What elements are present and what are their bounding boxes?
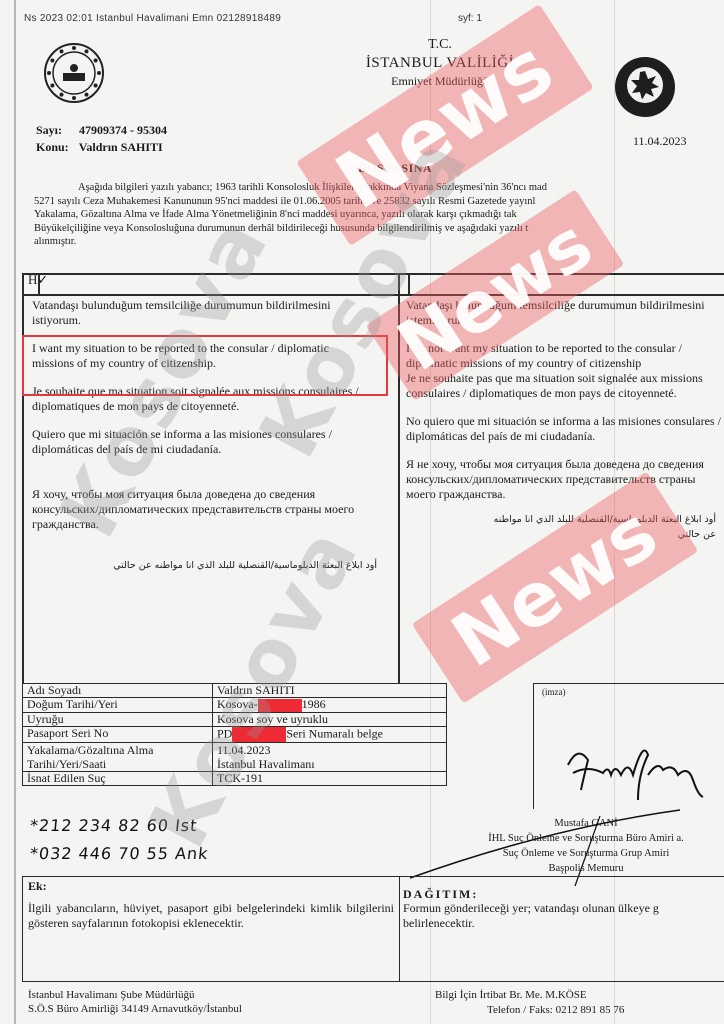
row-value: PDSeri Numaralı belge (213, 726, 447, 742)
letterhead: T.C. İSTANBUL VALİLİĞİ Emniyet Müdürlüğü (300, 36, 580, 90)
option-not-want-fr: Je ne souhaite pas que ma situation soit… (406, 371, 724, 401)
table-row: Adı Soyadı Valdrın SAHITI (23, 684, 447, 698)
arrest-place: İstanbul Havalimanı (217, 757, 442, 771)
redaction-bar (232, 727, 286, 742)
signature-label: (imza) (542, 687, 565, 697)
table-row: İsnat Edilen Suç TCK-191 (23, 771, 447, 785)
table-rule (22, 294, 724, 296)
option-not-want-ru: Я не хочу, чтобы моя ситуация была довед… (406, 457, 724, 502)
reference-block: Sayı: 47909374 - 95304 Konu: Valdrın SAH… (36, 122, 167, 156)
attachment-text: İlgili yabancıların, hüviyet, pasaport g… (28, 901, 394, 931)
row-label: Adı Soyadı (23, 684, 213, 698)
attachment-title: Ek: (28, 879, 47, 894)
sayi-label: Sayı: (36, 122, 76, 139)
handwritten-phone-ank: *032 446 70 55 Ank (29, 844, 209, 863)
document-page: Ns 2023 02:01 Istanbul Havalimani Emn 02… (0, 0, 724, 1024)
distribution-line: Formun gönderileceği yer; vatandaşı olun… (403, 901, 724, 916)
highlight-box (22, 335, 388, 396)
footer-line: S.Ö.S Büro Amirliği 34149 Arnavutköy/İst… (28, 1002, 242, 1016)
distribution-box: DAĞITIM: Formun gönderileceği yer; vatan… (398, 876, 724, 982)
table-rule (408, 273, 410, 294)
intro-line: Yakalama, Gözaltına Alma ve İfade Alma Y… (34, 208, 724, 222)
option-want-ru: Я хочу, чтобы моя ситуация была доведена… (32, 487, 377, 532)
row-label: Doğum Tarihi/Yeri (23, 698, 213, 713)
person-info-table: Adı Soyadı Valdrın SAHITI Doğum Tarihi/Y… (22, 683, 447, 786)
intro-line: alınmıştır. (34, 235, 724, 249)
row-value: 11.04.2023İstanbul Havalimanı (213, 742, 447, 771)
row-label: İsnat Edilen Suç (23, 771, 213, 785)
birth-year: 1986 (302, 697, 326, 711)
table-rule (22, 273, 724, 275)
row-value: TCK-191 (213, 771, 447, 785)
birthplace: Kosova- (217, 697, 258, 711)
arrest-date: 11.04.2023 (217, 743, 442, 757)
intro-line: 5271 sayılı Ceza Muhakemesi Kanununun 95… (34, 195, 724, 209)
document-title: DOSYASINA (358, 161, 432, 176)
handwritten-phone-ist: *212 234 82 60 Ist (29, 816, 198, 835)
intro-line: Aşağıda bilgileri yazılı yabancı; 1963 t… (34, 181, 724, 195)
attachment-box: Ek: İlgili yabancıların, hüviyet, pasapo… (22, 876, 400, 982)
konu-label: Konu: (36, 139, 76, 156)
table-row: Uyruğu Kosova soy ve uyruklu (23, 712, 447, 726)
footer-line: İstanbul Havalimanı Şube Müdürlüğü (28, 988, 242, 1002)
option-want-tr: Vatandaşı bulunduğum temsilciliğe durumu… (32, 298, 382, 328)
table-row: Pasaport Seri No PDSeri Numaralı belge (23, 726, 447, 742)
row-value: Kosova-1986 (213, 698, 447, 713)
distribution-text: Formun gönderileceği yer; vatandaşı olun… (403, 901, 724, 931)
scan-edge (14, 0, 16, 1024)
option-not-want-ar: أود ابلاغ البعثة الدبلوماسية/القنصلية لل… (486, 512, 716, 542)
fax-header: Ns 2023 02:01 Istanbul Havalimani Emn 02… (24, 13, 281, 24)
option-not-want-en: I do not want my situation to be reporte… (406, 341, 724, 371)
police-academy-seal-icon (43, 42, 105, 104)
document-date: 11.04.2023 (633, 134, 687, 149)
letterhead-tc: T.C. (300, 36, 580, 54)
option-want-es: Quiero que mi situación se informa a las… (32, 427, 362, 457)
intro-paragraph: Aşağıda bilgileri yazılı yabancı; 1963 t… (34, 181, 724, 249)
intro-line: Büyükelçiliğine veya Konsolosluğuna duru… (34, 222, 724, 236)
redaction-bar (258, 699, 302, 712)
distribution-line: belirlenecektir. (403, 916, 724, 931)
footer-phone: Telefon / Faks: 0212 891 85 76 (435, 1003, 624, 1018)
table-row: Doğum Tarihi/Yeri Kosova-1986 (23, 698, 447, 713)
passport-suffix: Seri Numaralı belge (286, 726, 383, 740)
table-rule (398, 273, 400, 683)
checkmark: H✓ (28, 272, 48, 288)
handwritten-signature (563, 735, 713, 810)
option-want-ar: أود ابلاغ البعثة الدبلوماسية/القنصلية لل… (32, 558, 377, 573)
letterhead-governorate: İSTANBUL VALİLİĞİ (300, 54, 580, 72)
footer-contact: Bilgi İçin İrtibat Br. Me. M.KÖSE Telefo… (435, 988, 624, 1018)
konu-value: Valdrın SAHITI (79, 140, 163, 154)
row-label: Yakalama/Gözaltına Alma Tarihi/Yeri/Saat… (23, 742, 213, 771)
row-label: Pasaport Seri No (23, 726, 213, 742)
option-not-want-tr: Vatandaşı bulunduğum temsilciliğe durumu… (406, 298, 724, 328)
passport-prefix: PD (217, 726, 232, 740)
footer-line: Bilgi İçin İrtibat Br. Me. M.KÖSE (435, 988, 624, 1003)
sayi-value: 47909374 - 95304 (79, 123, 167, 137)
table-row: Yakalama/Gözaltına Alma Tarihi/Yeri/Saat… (23, 742, 447, 771)
row-label: Uyruğu (23, 712, 213, 726)
row-value: Kosova soy ve uyruklu (213, 712, 447, 726)
letterhead-department: Emniyet Müdürlüğü (300, 72, 580, 90)
option-not-want-column: Vatandaşı bulunduğum temsilciliğe durumu… (406, 298, 724, 542)
distribution-title: DAĞITIM: (403, 887, 478, 902)
footer-address: İstanbul Havalimanı Şube Müdürlüğü S.Ö.S… (28, 988, 242, 1016)
fax-page-number: syf: 1 (458, 13, 482, 24)
turkish-police-emblem-icon (614, 56, 676, 118)
row-value: Valdrın SAHITI (213, 684, 447, 698)
option-not-want-es: No quiero que mi situación se informa a … (406, 414, 724, 444)
